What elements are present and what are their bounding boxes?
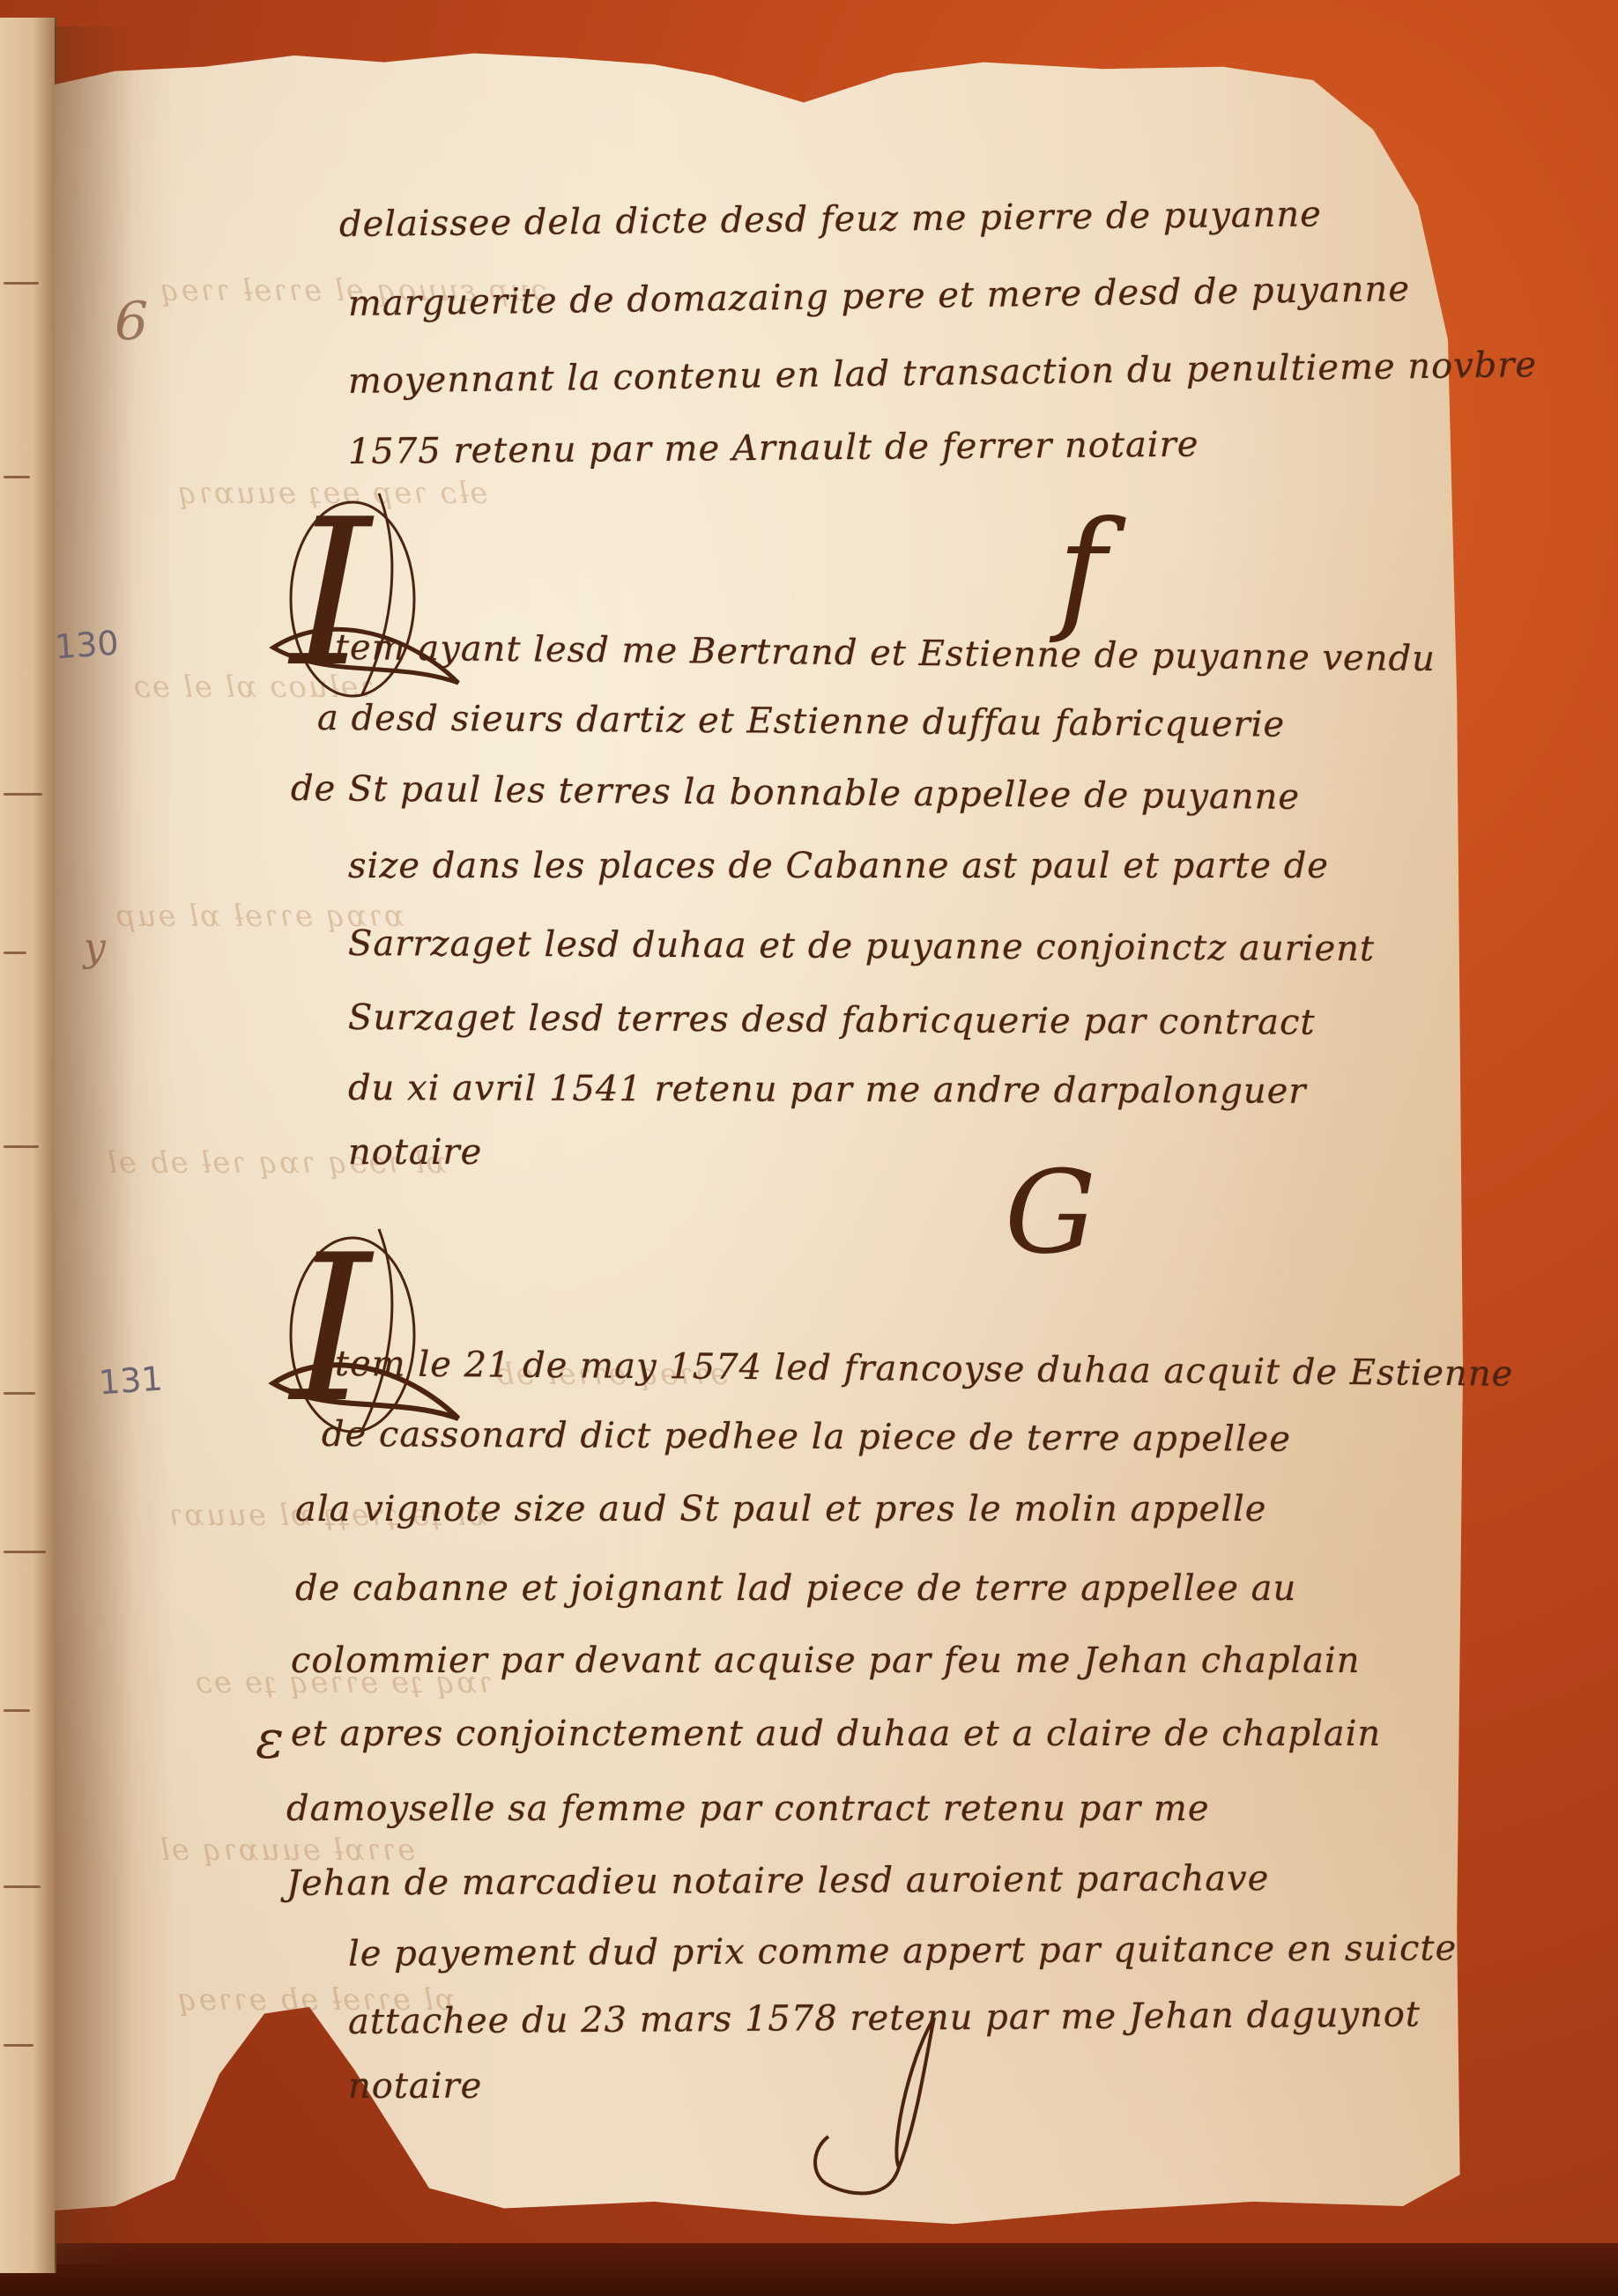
text-line: 1575 retenu par me Arnault de ferrer not… [348, 425, 1199, 472]
table-edge-shadow [0, 2243, 1618, 2296]
text-line: et apres conjoinctement aud duhaa et a c… [291, 1714, 1381, 1754]
text-line: ala vignote size aud St paul et pres le … [295, 1489, 1266, 1529]
text-line: damoyselle sa femme par contract retenu … [286, 1789, 1209, 1829]
text-line: size dans les places de Cabanne ast paul… [348, 846, 1329, 886]
decorated-initial: I [291, 1229, 371, 1432]
text-line: du xi avril 1541 retenu par me andre dar… [348, 1068, 1307, 1112]
paraph-mark-flourish [811, 2009, 987, 2185]
text-line: a desd sieurs dartiz et Estienne duffau … [317, 698, 1285, 745]
margin-mark: 6 [115, 291, 148, 352]
margin-mark: y [84, 925, 106, 970]
text-line: Sarrzaget lesd duhaa et de puyanne conjo… [348, 923, 1375, 969]
text-line: colommier par devant acquise par feu me … [291, 1641, 1361, 1681]
text-line: notaire [348, 2066, 482, 2107]
paraph-mark: f [1058, 493, 1107, 647]
margin-mark: ɛ [256, 1709, 284, 1771]
paraph-mark: G [1005, 1145, 1096, 1279]
folio-number-130: 130 [54, 624, 120, 667]
text-line: Surzaget lesd terres desd fabricquerie p… [348, 997, 1316, 1043]
folio-number-131: 131 [98, 1359, 164, 1403]
text-line: notaire [348, 1132, 482, 1173]
text-line: le payement dud prix comme appert par qu… [348, 1928, 1457, 1974]
text-line: de cassonard dict pedhee la piece de ter… [322, 1414, 1291, 1460]
text-line: Jehan de marcadieu notaire lesd auroient… [286, 1858, 1270, 1904]
adjacent-page-edge [0, 18, 56, 2273]
text-line: de cabanne et joignant lad piece de terr… [295, 1568, 1296, 1609]
